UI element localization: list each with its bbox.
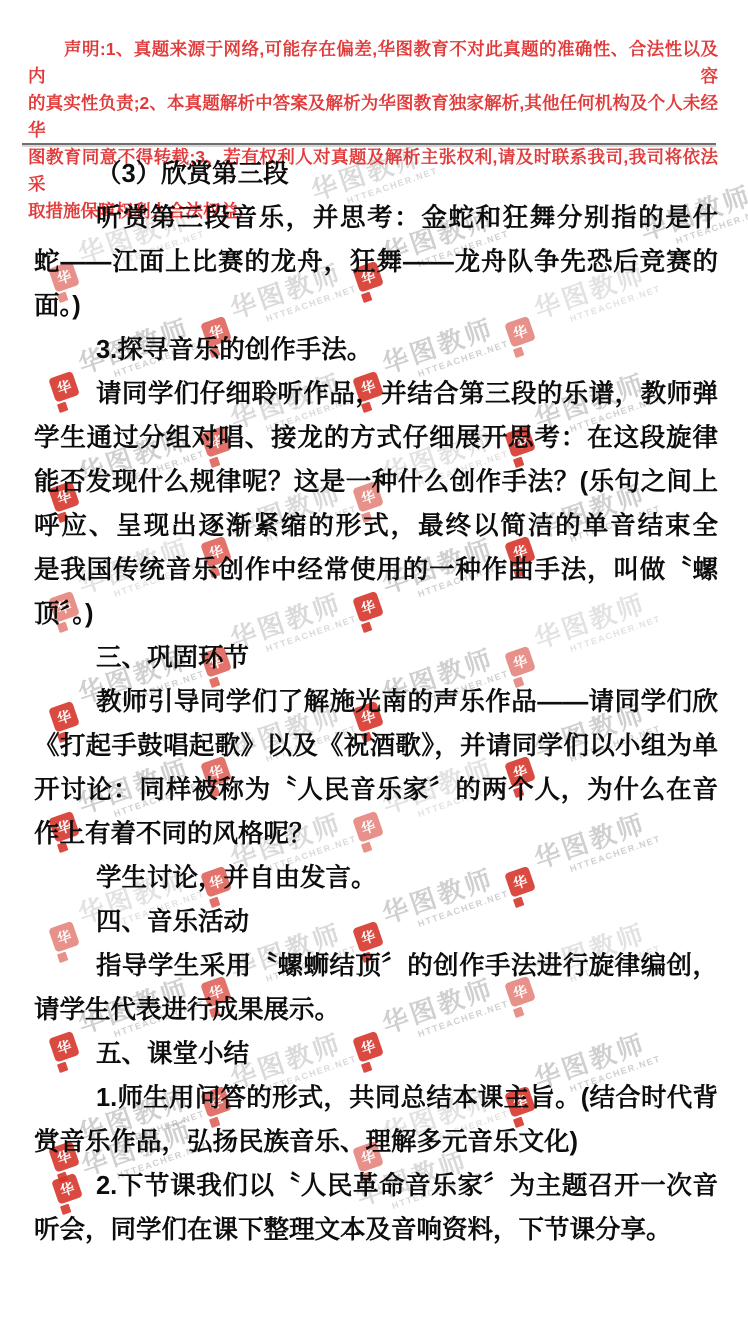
body-line: 开讨论：同样被称为〝人民音乐家〞的两个人，为什么在音乐创 [34, 768, 718, 812]
disclaimer-line: 声明:1、真题来源于网络,可能存在偏差,华图教育不对此真题的准确性、合法性以及内… [28, 36, 718, 90]
disclaimer-line: 的真实性负责;2、本真题解析中答案及解析为华图教育独家解析,其他任何机构及个人未… [28, 90, 718, 144]
document-content: 声明:1、真题来源于网络,可能存在偏差,华图教育不对此真题的准确性、合法性以及内… [0, 0, 748, 1335]
body-line: 蛇——江面上比赛的龙舟，狂舞——龙舟队争先恐后竞赛的场 [34, 240, 718, 284]
body-line: 顶〞。) [34, 592, 718, 636]
body-line: 能否发现什么规律呢？这是一种什么创作手法？(乐句之间上下 [34, 460, 718, 504]
body-line: 1.师生用问答的形式，共同总结本课主旨。(结合时代背景欣 [34, 1076, 718, 1120]
body-line: 三、巩固环节 [34, 636, 718, 680]
body-line: 2.下节课我们以〝人民革命音乐家〞为主题召开一次音乐赏 [34, 1164, 718, 1208]
body-line: 教师引导同学们了解施光南的声乐作品——请同学们欣赏 [34, 680, 718, 724]
body-line: 面。) [34, 284, 718, 328]
body-line: 是我国传统音乐创作中经常使用的一种作曲手法，叫做〝螺蛳结 [34, 548, 718, 592]
body-line: 指导学生采用〝螺蛳结顶〞的创作手法进行旋律编创，之后 [34, 944, 718, 988]
body-line: 请学生代表进行成果展示。 [34, 988, 718, 1032]
body-line: 听会，同学们在课下整理文本及音响资料，下节课分享。 [34, 1208, 718, 1252]
body-line: 学生讨论，并自由发言。 [34, 856, 718, 900]
body-line: 听赏第三段音乐，并思考：金蛇和狂舞分别指的是什么？(金 [34, 196, 718, 240]
document-page: 华华图教师HTTEACHER.NET华华图教师HTTEACHER.NET华华图教… [0, 0, 748, 1335]
body-line: 呼应、呈现出逐渐紧缩的形式，最终以简洁的单音结束全曲。这 [34, 504, 718, 548]
body-line: 《打起手鼓唱起歌》以及《祝酒歌》，并请同学们以小组为单位展 [34, 724, 718, 768]
body-line: 3.探寻音乐的创作手法。 [34, 328, 718, 372]
lesson-plan-body: （3）欣赏第三段听赏第三段音乐，并思考：金蛇和狂舞分别指的是什么？(金蛇——江面… [34, 152, 718, 1252]
body-line: 四、音乐活动 [34, 900, 718, 944]
body-line: 学生通过分组对唱、接龙的方式仔细展开思考：在这段旋律中你 [34, 416, 718, 460]
body-line: 五、课堂小结 [34, 1032, 718, 1076]
body-line: （3）欣赏第三段 [34, 152, 718, 196]
body-line: 赏音乐作品，弘扬民族音乐、理解多元音乐文化) [34, 1120, 718, 1164]
body-line: 请同学们仔细聆听作品，并结合第三段的乐谱，教师弹琴， [34, 372, 718, 416]
section-divider [22, 143, 716, 147]
body-line: 作上有着不同的风格呢？ [34, 812, 718, 856]
